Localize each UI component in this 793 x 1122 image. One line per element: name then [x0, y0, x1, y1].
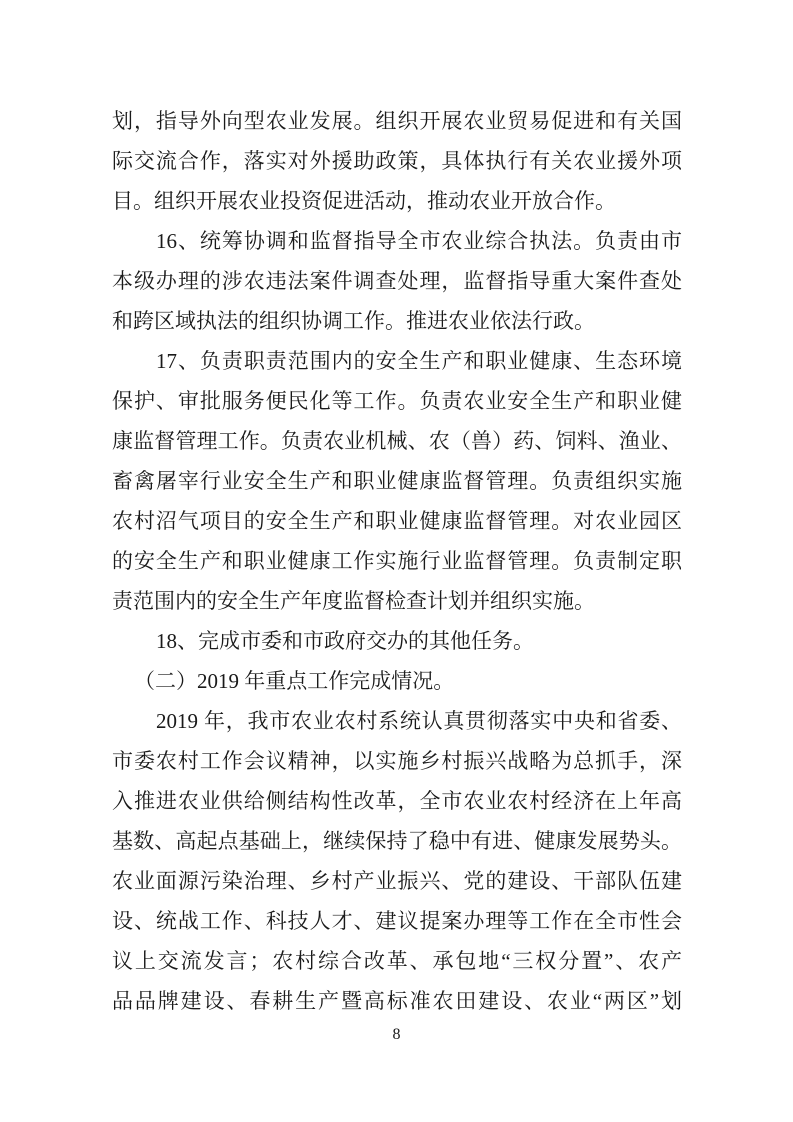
document-line: 农村沼气项目的安全生产和职业健康监督管理。对农业园区 — [112, 501, 682, 541]
document-line: 本级办理的涉农违法案件调查处理，监督指导重大案件查处 — [112, 261, 682, 301]
document-line: 畜禽屠宰行业安全生产和职业健康监督管理。负责组织实施 — [112, 461, 682, 501]
document-line: 18、完成市委和市政府交办的其他任务。 — [112, 621, 682, 661]
document-line: 2019 年，我市农业农村系统认真贯彻落实中央和省委、 — [112, 701, 682, 741]
document-line: 划，指导外向型农业发展。组织开展农业贸易促进和有关国 — [112, 101, 682, 141]
document-line: 设、统战工作、科技人才、建议提案办理等工作在全市性会 — [112, 901, 682, 941]
document-line: 和跨区域执法的组织协调工作。推进农业依法行政。 — [112, 301, 682, 341]
document-line: 康监督管理工作。负责农业机械、农（兽）药、饲料、渔业、 — [112, 421, 682, 461]
document-line: 17、负责职责范围内的安全生产和职业健康、生态环境 — [112, 341, 682, 381]
document-line: （二）2019 年重点工作完成情况。 — [112, 661, 682, 701]
document-line: 议上交流发言；农村综合改革、承包地“三权分置”、农产 — [112, 941, 682, 981]
document-page: 划，指导外向型农业发展。组织开展农业贸易促进和有关国 际交流合作，落实对外援助政… — [0, 0, 793, 1122]
document-line: 16、统筹协调和监督指导全市农业综合执法。负责由市 — [112, 221, 682, 261]
document-line: 农业面源污染治理、乡村产业振兴、党的建设、干部队伍建 — [112, 861, 682, 901]
document-line: 目。组织开展农业投资促进活动，推动农业开放合作。 — [112, 181, 682, 221]
document-line: 的安全生产和职业健康工作实施行业监督管理。负责制定职 — [112, 541, 682, 581]
document-line: 入推进农业供给侧结构性改革，全市农业农村经济在上年高 — [112, 781, 682, 821]
document-line: 品品牌建设、春耕生产暨高标准农田建设、农业“两区”划 — [112, 981, 682, 1021]
document-line: 市委农村工作会议精神，以实施乡村振兴战略为总抓手，深 — [112, 741, 682, 781]
document-line: 基数、高起点基础上，继续保持了稳中有进、健康发展势头。 — [112, 821, 682, 861]
document-line: 际交流合作，落实对外援助政策，具体执行有关农业援外项 — [112, 141, 682, 181]
document-line: 责范围内的安全生产年度监督检查计划并组织实施。 — [112, 581, 682, 621]
document-body: 划，指导外向型农业发展。组织开展农业贸易促进和有关国 际交流合作，落实对外援助政… — [112, 101, 682, 1021]
document-line: 保护、审批服务便民化等工作。负责农业安全生产和职业健 — [112, 381, 682, 421]
page-number: 8 — [0, 1026, 793, 1044]
